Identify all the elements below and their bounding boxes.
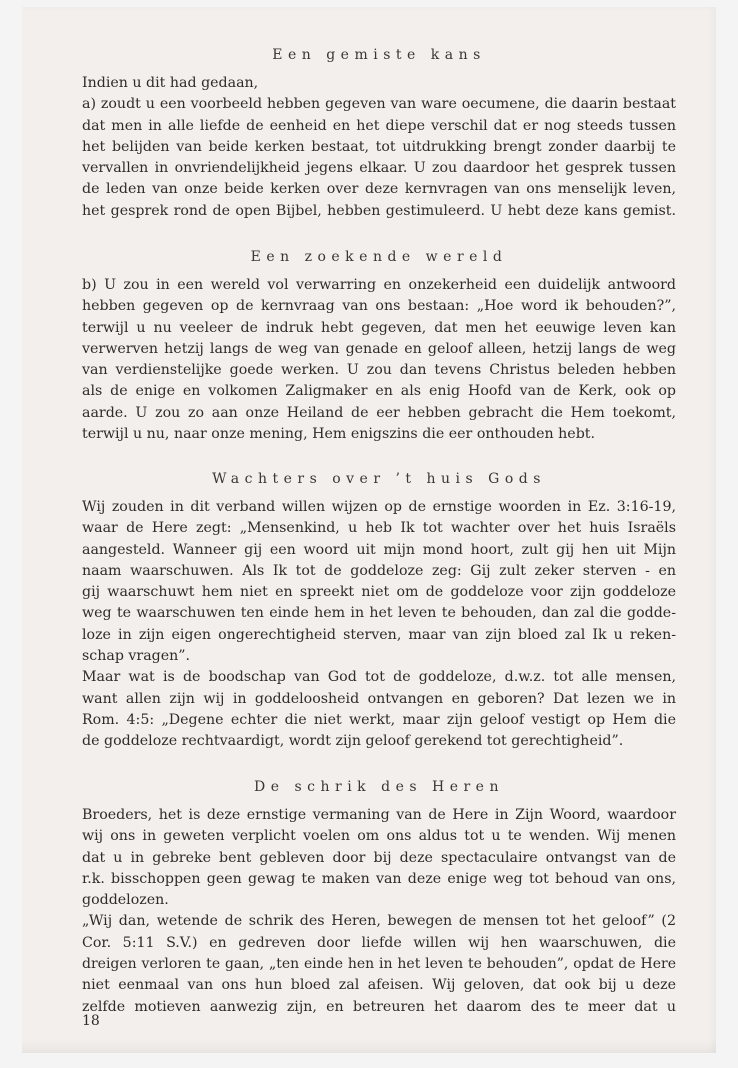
text-line: Indien u dit had gedaan,	[82, 73, 676, 94]
text-line: a) zoudt u een voorbeeld hebben gegeven …	[82, 94, 676, 115]
text-line: niet eenmaal van ons hun bloed zal afeis…	[82, 975, 676, 996]
text-line: vervallen in onvriendelijkheid jegens el…	[82, 158, 676, 179]
section-body-zoekende-wereld: b) U zou in een wereld vol verwarring en…	[82, 275, 676, 445]
text-line: schap vragen”.	[82, 646, 676, 667]
text-line: aarde. U zou zo aan onze Heiland de eer …	[82, 403, 676, 424]
text-line: zelfde motieven aanwezig zijn, en betreu…	[82, 997, 676, 1018]
text-line: b) U zou in een wereld vol verwarring en…	[82, 275, 676, 296]
text-line: wij ons in geweten verplicht voelen om o…	[82, 826, 676, 847]
text-line: „Wij dan, wetende de schrik des Heren, b…	[82, 911, 676, 932]
text-line: terwijl u nu veeleer de indruk hebt gege…	[82, 318, 676, 339]
text-line: de goddeloze rechtvaardigt, wordt zijn g…	[82, 731, 676, 752]
text-line: waar de Here zegt: „Mensenkind, u heb Ik…	[82, 518, 676, 539]
text-line: terwijl u nu, naar onze mening, Hem enig…	[82, 424, 676, 445]
section-heading-gemiste-kans: Een gemiste kans	[82, 45, 676, 66]
text-line: Cor. 5:11 S.V.) en gedreven door liefde …	[82, 933, 676, 954]
text-line: goddelozen.	[82, 890, 676, 911]
text-line: hebben gegeven op de kernvraag van ons b…	[82, 296, 676, 317]
text-line: de leden van onze beide kerken over deze…	[82, 179, 676, 200]
text-line: het gesprek rond de open Bijbel, hebben …	[82, 201, 676, 222]
text-line: want allen zijn wij in goddeloosheid ont…	[82, 689, 676, 710]
text-line: weg te waarschuwen ten einde hem in het …	[82, 603, 676, 624]
text-line: aangesteld. Wanneer gij een woord uit mi…	[82, 540, 676, 561]
text-line: dreigen verloren te gaan, „ten einde hen…	[82, 954, 676, 975]
section-heading-schrik-des-heren: De schrik des Heren	[82, 777, 676, 798]
text-line: verwerven hetzij langs de weg van genade…	[82, 339, 676, 360]
page-number: 18	[82, 1011, 100, 1032]
section-heading-zoekende-wereld: Een zoekende wereld	[82, 247, 676, 268]
text-line: als de enige en volkomen Zaligmaker en a…	[82, 381, 676, 402]
text-line: van verdienstelijke goede werken. U zou …	[82, 360, 676, 381]
text-line: loze in zijn eigen ongerechtigheid sterv…	[82, 625, 676, 646]
text-line: het belijden van beide kerken bestaat, t…	[82, 137, 676, 158]
text-line: r.k. bisschoppen geen gewag te maken van…	[82, 869, 676, 890]
section-body-gemiste-kans: Indien u dit had gedaan, a) zoudt u een …	[82, 73, 676, 222]
text-line: Wij zouden in dit verband willen wijzen …	[82, 497, 676, 518]
text-line: Maar wat is de boodschap van God tot de …	[82, 667, 676, 688]
text-line: Broeders, het is deze ernstige vermaning…	[82, 805, 676, 826]
text-line: gij waarschuwt hem niet en spreekt niet …	[82, 582, 676, 603]
text-line: dat u in gebreke bent gebleven door bij …	[82, 848, 676, 869]
section-body-schrik-des-heren: Broeders, het is deze ernstige vermaning…	[82, 805, 676, 1018]
section-body-wachters: Wij zouden in dit verband willen wijzen …	[82, 497, 676, 753]
text-line: Rom. 4:5: „Degene echter die niet werkt,…	[82, 710, 676, 731]
section-heading-wachters: Wachters over ’t huis Gods	[82, 469, 676, 490]
document-page: Een gemiste kans Indien u dit had gedaan…	[22, 7, 716, 1053]
text-line: dat men in alle liefde de eenheid en het…	[82, 116, 676, 137]
text-line: naam waarschuwen. Als Ik tot de goddeloz…	[82, 561, 676, 582]
